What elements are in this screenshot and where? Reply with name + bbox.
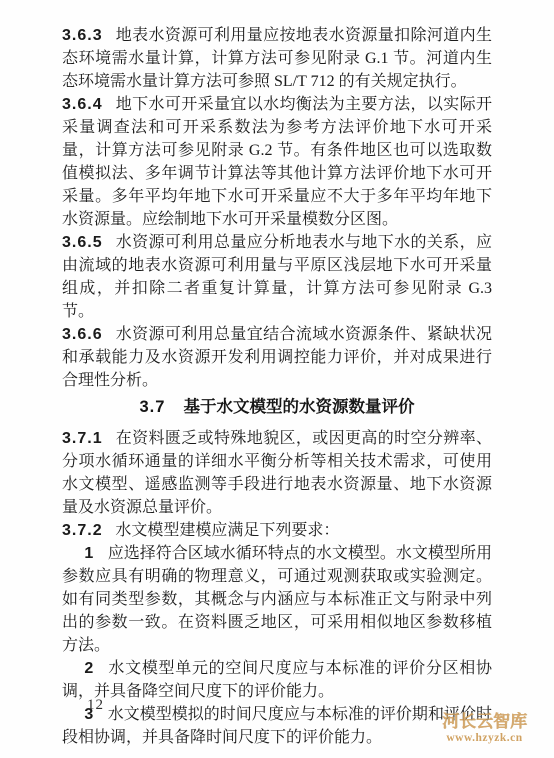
clause-number: 3.6.3	[62, 27, 103, 44]
watermark-title: 河长云智库	[442, 712, 527, 731]
clause-3-6-4: 3.6.4地下水可开采量宜以水均衡法为主要方法，以实际开采量调查法和可开采系数法…	[62, 93, 492, 231]
page-body: 3.6.3地表水资源可利用量应按地表水资源量扣除河道内生态环境需水量计算，计算方…	[62, 24, 492, 749]
document-page: 3.6.3地表水资源可利用量应按地表水资源量扣除河道内生态环境需水量计算，计算方…	[0, 0, 554, 758]
page-number: 12	[87, 697, 104, 714]
section-heading-3-7: 3.7基于水文模型的水资源数量评价	[62, 395, 492, 419]
item-text: 应选择符合区域水循环特点的水文模型。水文模型所用参数应具有明确的物理意义，可通过…	[62, 545, 492, 654]
watermark-url: www.hzyzk.cn	[442, 731, 527, 745]
clause-3-6-5: 3.6.5水资源可利用总量应分析地表水与地下水的关系，应由流域的地表水资源可利用…	[62, 231, 492, 323]
clause-3-7-2: 3.7.2水文模型建模应满足下列要求：	[62, 519, 492, 542]
item-number: 1	[84, 545, 93, 562]
list-item-3: 3水文模型模拟的时间尺度应与本标准的评价期和评价时段相协调，并具备降时间尺度下的…	[62, 703, 492, 749]
clause-number: 3.6.6	[62, 326, 103, 343]
clause-text: 地表水资源可利用量应按地表水资源量扣除河道内生态环境需水量计算，计算方法可参见附…	[62, 27, 492, 90]
section-title: 基于水文模型的水资源数量评价	[184, 398, 415, 416]
item-text: 水文模型单元的空间尺度应与本标准的评价分区相协调，并具备降空间尺度下的评价能力。	[62, 660, 492, 700]
clause-3-6-6: 3.6.6水资源可利用总量宜结合流域水资源条件、紧缺状况和承载能力及水资源开发利…	[62, 323, 492, 392]
clause-text: 水资源可利用总量应分析地表水与地下水的关系，应由流域的地表水资源可利用量与平原区…	[62, 234, 492, 320]
clause-text: 地下水可开采量宜以水均衡法为主要方法，以实际开采量调查法和可开采系数法为参考方法…	[62, 96, 492, 228]
clause-number: 3.6.4	[62, 96, 103, 113]
clause-number: 3.7.2	[62, 522, 103, 539]
clause-3-7-1: 3.7.1在资料匮乏或特殊地貌区，或因更高的时空分辨率、分项水循环通量的详细水平…	[62, 427, 492, 519]
section-number: 3.7	[139, 398, 165, 416]
clause-3-6-3: 3.6.3地表水资源可利用量应按地表水资源量扣除河道内生态环境需水量计算，计算方…	[62, 24, 492, 93]
list-item-1: 1应选择符合区域水循环特点的水文模型。水文模型所用参数应具有明确的物理意义，可通…	[62, 542, 492, 657]
item-text: 水文模型模拟的时间尺度应与本标准的评价期和评价时段相协调，并具备降时间尺度下的评…	[62, 706, 492, 746]
clause-number: 3.7.1	[62, 430, 103, 447]
watermark: 河长云智库 www.hzyzk.cn	[442, 712, 527, 745]
list-item-2: 2水文模型单元的空间尺度应与本标准的评价分区相协调，并具备降空间尺度下的评价能力…	[62, 657, 492, 703]
clause-text: 水资源可利用总量宜结合流域水资源条件、紧缺状况和承载能力及水资源开发利用调控能力…	[62, 326, 492, 389]
clause-number: 3.6.5	[62, 234, 103, 251]
clause-text: 在资料匮乏或特殊地貌区，或因更高的时空分辨率、分项水循环通量的详细水平衡分析等相…	[62, 430, 492, 516]
item-number: 2	[84, 660, 93, 677]
clause-text: 水文模型建模应满足下列要求：	[115, 522, 339, 539]
